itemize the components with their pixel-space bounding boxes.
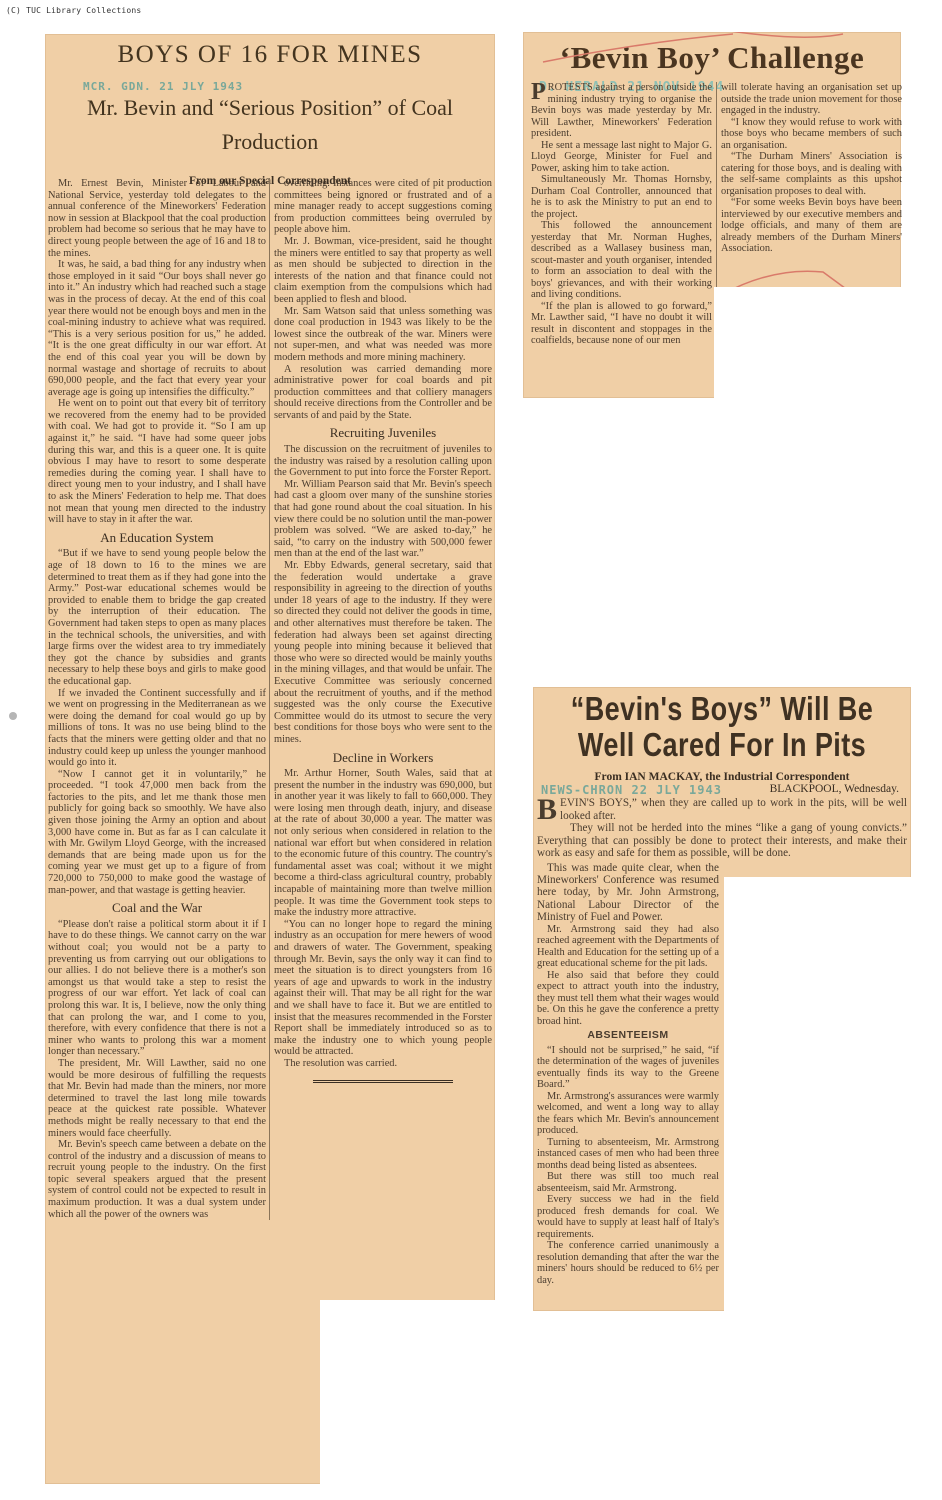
headline: ‘Bevin Boy’ Challenge (523, 40, 901, 76)
paragraph: Turning to absenteeism, Mr. Armstrong in… (537, 1137, 719, 1172)
paragraph: If we invaded the Continent successfully… (48, 688, 266, 769)
section-heading: An Education System (48, 532, 266, 544)
paragraph: “For some weeks Bevin boys have been int… (721, 197, 902, 255)
paragraph: “If the plan is allowed to go forward,” … (531, 301, 712, 347)
drop-cap: B (537, 797, 557, 823)
paragraph: Simultaneously Mr. Thomas Hornsby, Durha… (531, 174, 712, 220)
clip-cutout (714, 287, 904, 402)
paragraph: Mr. Ebby Edwards, general secretary, sai… (274, 560, 492, 746)
paragraph: Mr. J. Bowman, vice-president, said he t… (274, 236, 492, 306)
copyright-credit: (C) TUC Library Collections (6, 6, 141, 15)
paragraph: He sent a message last night to Major G.… (531, 140, 712, 175)
date-stamp: MCR. GDN. 21 JLY 1943 (83, 80, 243, 93)
section-heading: Decline in Workers (274, 752, 492, 764)
paragraph: But there was still too much real absent… (537, 1171, 719, 1194)
paragraph: The president, Mr. Will Lawther, said no… (48, 1058, 266, 1139)
dateline: BLACKPOOL, Wednesday. (770, 783, 899, 795)
drop-cap: P (531, 82, 546, 102)
paragraph: will tolerate having an organisation set… (721, 82, 902, 117)
article-body: This was made quite clear, when the Mine… (533, 860, 723, 1287)
section-heading: Recruiting Juveniles (274, 427, 492, 439)
section-heading: Coal and the War (48, 902, 266, 914)
paragraph: Every success we had in the field produc… (537, 1194, 719, 1240)
paragraph: “I know they would refuse to work with t… (721, 117, 902, 152)
paragraph: Mr. William Pearson said that Mr. Bevin'… (274, 479, 492, 560)
paragraph: “I should not be surprised,” he said, “i… (537, 1045, 719, 1091)
paragraph: He went on to point out that every bit o… (48, 398, 266, 526)
paragraph: A resolution was carried demanding more … (274, 364, 492, 422)
paragraph: overriding. Instances were cited of pit … (274, 178, 492, 236)
scan-mark-dot (9, 712, 17, 720)
paragraph: BEVIN'S BOYS,” when they are called up t… (537, 797, 907, 822)
paragraph: The discussion on the recruitment of juv… (274, 444, 492, 479)
paragraph: “You can no longer hope to regard the mi… (274, 919, 492, 1058)
paragraph: This followed the announcement yesterday… (531, 220, 712, 301)
paragraph: “But if we have to send young people bel… (48, 548, 266, 687)
paragraph: “The Durham Miners' Association is cater… (721, 151, 902, 197)
paragraph: “Now I cannot get it in voluntarily,” he… (48, 769, 266, 897)
paragraph: They will not be herded into the mines “… (537, 822, 907, 860)
paragraph: It was, he said, a bad thing for any ind… (48, 259, 266, 398)
lead-paragraphs: BEVIN'S BOYS,” when they are called up t… (533, 797, 911, 860)
column-2: overriding. Instances were cited of pit … (269, 178, 495, 1220)
paragraph: This was made quite clear, when the Mine… (537, 862, 719, 924)
subheadline: Mr. Bevin and “Serious Position” of Coal… (65, 91, 475, 159)
clipping-boys-of-16-for-mines: BOYS OF 16 FOR MINES MCR. GDN. 21 JLY 19… (45, 34, 495, 1484)
paragraph: The resolution was carried. (274, 1058, 492, 1070)
paragraph: Mr. Armstrong said they had also reached… (537, 924, 719, 970)
date-stamp: NEWS-CHRON 22 JLY 1943 (541, 783, 722, 797)
section-heading: ABSENTEEISM (537, 1030, 719, 1042)
headline: “Bevin's Boys” Will Be Well Cared For In… (567, 691, 877, 763)
paragraph: Mr. Sam Watson said that unless somethin… (274, 306, 492, 364)
end-rule (313, 1080, 453, 1085)
clip-cutout (724, 877, 942, 1317)
paragraph: “Please don't raise a political storm ab… (48, 919, 266, 1058)
paragraph: Mr. Armstrong's assurances were warmly w… (537, 1091, 719, 1137)
paragraph: PROTESTS against a person outside the mi… (531, 82, 712, 140)
paragraph: The conference carried unanimously a res… (537, 1240, 719, 1286)
paragraph: He also said that before they could expe… (537, 970, 719, 1028)
headline: BOYS OF 16 FOR MINES (45, 41, 495, 69)
dateline-row: NEWS-CHRON 22 JLY 1943 BLACKPOOL, Wednes… (533, 783, 911, 797)
column-1: Mr. Ernest Bevin, Minister of Labour and… (45, 178, 269, 1220)
paragraph: Mr. Bevin's speech came between a debate… (48, 1139, 266, 1220)
article-columns: Mr. Ernest Bevin, Minister of Labour and… (45, 178, 495, 1220)
clip-cutout (320, 1300, 500, 1500)
column-1: PROTESTS against a person outside the mi… (527, 82, 716, 347)
paragraph: Mr. Arthur Horner, South Wales, said tha… (274, 768, 492, 919)
paragraph: Mr. Ernest Bevin, Minister of Labour and… (48, 178, 266, 259)
byline: From IAN MACKAY, the Industrial Correspo… (533, 771, 911, 783)
